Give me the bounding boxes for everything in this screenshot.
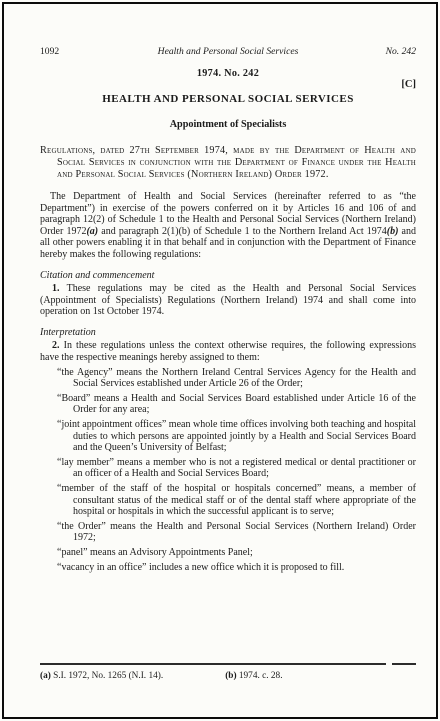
footnote-rule-long [40,663,386,665]
definition-vacancy: “vacancy in an office” includes a new of… [40,562,416,574]
running-title: Health and Personal Social Services [110,46,346,58]
doc-number: 1974. No. 242 [40,68,416,80]
footnotes: (a) S.I. 1972, No. 1265 (N.I. 14). (b) 1… [40,671,416,681]
page-content: 1092 Health and Personal Social Services… [40,46,416,573]
regulation-1-text: These regulations may be cited as the He… [40,283,416,317]
definition-agency: “the Agency” means the Northern Ireland … [40,367,416,390]
document-subtitle: Appointment of Specialists [40,119,416,131]
page-number: 1092 [40,46,110,58]
footnote-b-text: 1974. c. 28. [237,671,283,681]
footnote-a-marker: (a) [40,671,51,681]
running-number: No. 242 [346,46,416,58]
regulation-1: 1. These regulations may be cited as the… [40,283,416,318]
footnote-b-marker: (b) [225,671,236,681]
regulation-1-number: 1. [52,283,60,294]
regulation-2-text: In these regulations unless the context … [40,340,416,363]
section-heading-interpretation: Interpretation [40,327,416,339]
definition-panel: “panel” means an Advisory Appointments P… [40,547,416,559]
definition-member-of-staff: “member of the staff of the hospital or … [40,483,416,518]
definition-lay-member: “lay member” means a member who is not a… [40,457,416,480]
definitions-list: “the Agency” means the Northern Ireland … [40,367,416,574]
footnote-rule [40,663,416,665]
running-head: 1092 Health and Personal Social Services… [40,46,416,58]
enacting-paragraph: The Department of Health and Social Serv… [40,191,416,261]
definition-the-order: “the Order” means the Health and Persona… [40,521,416,544]
footnote-ref-a: (a) [86,226,98,237]
footnote-rule-short [392,663,416,665]
definition-joint-appointment-offices: “joint appointment offices” mean whole t… [40,419,416,454]
regulations-preamble: Regulations, dated 27th September 1974, … [40,145,416,180]
page-footer: (a) S.I. 1972, No. 1265 (N.I. 14). (b) 1… [40,663,416,681]
footnote-a: (a) S.I. 1972, No. 1265 (N.I. 14). [40,671,163,681]
enacting-text-2: and paragraph 2(1)(b) of Schedule 1 to t… [98,226,387,237]
section-heading-citation: Citation and commencement [40,270,416,282]
document-page: [C] 1092 Health and Personal Social Serv… [0,0,440,721]
definition-board: “Board” means a Health and Social Servic… [40,393,416,416]
regulation-2: 2. In these regulations unless the conte… [40,340,416,363]
footnote-b: (b) 1974. c. 28. [225,671,282,681]
document-title: HEALTH AND PERSONAL SOCIAL SERVICES [40,94,416,106]
footnote-a-text: S.I. 1972, No. 1265 (N.I. 14). [51,671,163,681]
regulation-2-number: 2. [52,340,60,351]
footnote-ref-b: (b) [387,226,399,237]
